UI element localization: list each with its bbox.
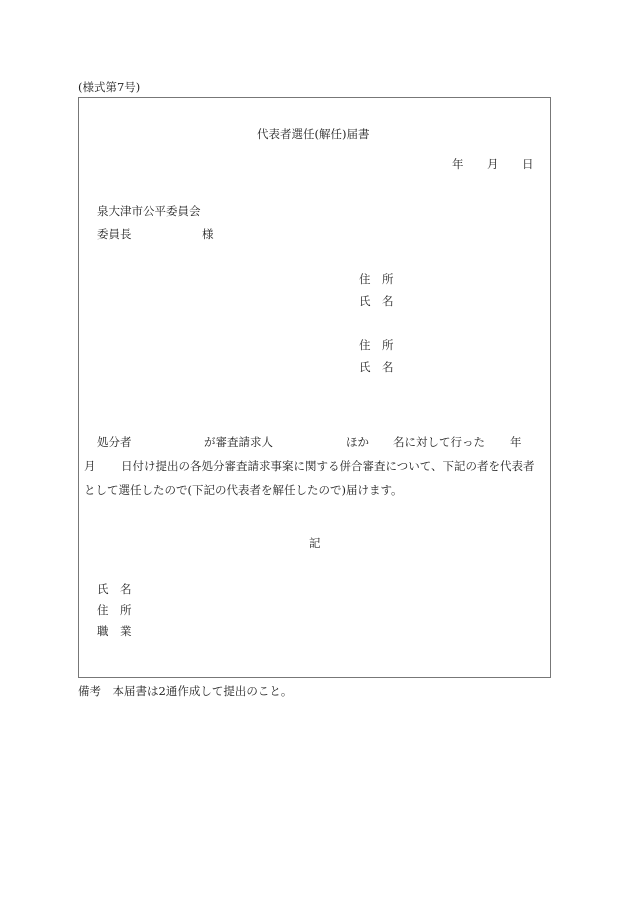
ki-heading: 記 [309, 538, 321, 550]
note: 備考 本届書は2通作成して提出のこと。 [78, 686, 292, 698]
rep-name-label: 氏 名 [97, 584, 132, 596]
addressee-organization: 泉大津市公平委員会 [97, 206, 201, 218]
applicant-2-name-label: 氏 名 [359, 362, 394, 374]
addressee-chairman: 委員長 [97, 229, 132, 241]
form-number: (様式第7号) [78, 82, 140, 94]
body-ga-requester: が審査請求人 [204, 437, 273, 449]
date-year: 年 [452, 159, 464, 171]
form-box [78, 97, 551, 678]
body-line2-text: 日付け提出の各処分審査請求事案に関する併合審査について、下記の者を代表者 [121, 461, 535, 473]
body-year: 年 [510, 437, 522, 449]
rep-occupation-label: 職 業 [97, 626, 132, 638]
applicant-2-address-label: 住 所 [359, 340, 394, 352]
body-month: 月 [84, 461, 96, 473]
date-month: 月 [487, 159, 499, 171]
body-hoka: ほか [346, 437, 369, 449]
body-mei-ni: 名に対して行った [393, 437, 485, 449]
body-disposer: 処分者 [97, 437, 132, 449]
rep-address-label: 住 所 [97, 605, 132, 617]
body-line3-text: として選任したので(下記の代表者を解任したので)届けます。 [84, 485, 403, 497]
applicant-1-name-label: 氏 名 [359, 296, 394, 308]
date-day: 日 [522, 159, 534, 171]
addressee-honorific: 様 [202, 229, 214, 241]
document-title: 代表者選任(解任)届書 [257, 129, 369, 141]
applicant-1-address-label: 住 所 [359, 274, 394, 286]
